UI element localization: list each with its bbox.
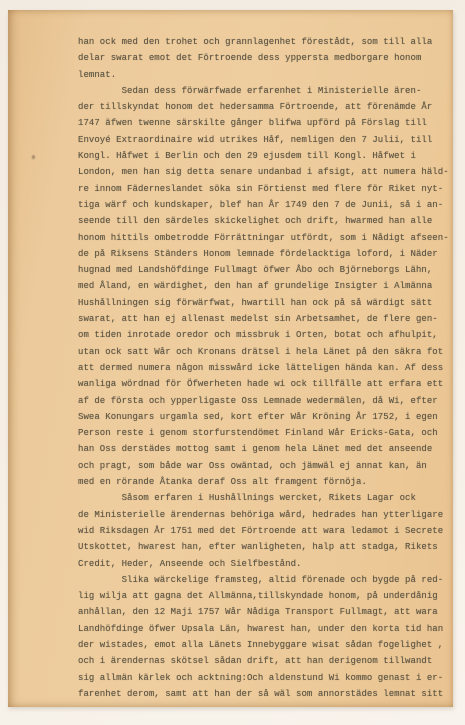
text-line: och pragt, som både war Oss owäntad, och… [78, 458, 446, 474]
text-line: farenhet derom, samt att han der så wäl … [78, 686, 446, 702]
ink-speck [32, 155, 35, 159]
text-line: Slika wärckelige framsteg, altid förenad… [78, 572, 446, 588]
text-line: swarat, att han ej allenast medelst sin … [78, 311, 446, 327]
text-line: lemnat. [78, 67, 446, 83]
text-line: Hushållningen sig förwärfwat, hwartill h… [78, 295, 446, 311]
text-line: hugnad med Landshöfdinge Fullmagt öfwer … [78, 262, 446, 278]
text-line: London, men han sig detta senare undanba… [78, 164, 446, 180]
text-line: Såsom erfaren i Hushållnings wercket, Ri… [78, 490, 446, 506]
text-line: Kongl. Håfwet i Berlin och den 29 ejusde… [78, 148, 446, 164]
text-line: der tillskyndat honom det hedersamma För… [78, 99, 446, 115]
text-line: de på Riksens Ständers Honom lemnade för… [78, 246, 446, 262]
text-line: honom hittils ombetrodde Förrättningar u… [78, 230, 446, 246]
text-line: delar swarat emot det Förtroende dess yp… [78, 50, 446, 66]
text-line: han Oss derstädes mottog samt i genom he… [78, 441, 446, 457]
text-line: Sedan dess förwärfwade erfarenhet i Mini… [78, 83, 446, 99]
text-line: wid Riksdagen År 1751 med det Förtroende… [78, 523, 446, 539]
paragraph-2: Sedan dess förwärfwade erfarenhet i Mini… [78, 83, 446, 490]
paragraph-4: Slika wärckelige framsteg, altid förenad… [78, 572, 446, 702]
text-line: med Åland, en wärdighet, den han af grun… [78, 278, 446, 294]
text-line: Envoyé Extraordinaire wid utrikes Håf, n… [78, 132, 446, 148]
text-line: utan ock satt Wår och Kronans drätsel i … [78, 344, 446, 360]
text-line: Person reste i genom storfurstendömet Fi… [78, 425, 446, 441]
text-line: re innom Fäderneslandet söka sin Förtien… [78, 181, 446, 197]
text-line: Swea Konungars urgamla sed, kort efter W… [78, 409, 446, 425]
paragraph-3: Såsom erfaren i Hushållnings wercket, Ri… [78, 490, 446, 571]
text-line: de Ministerielle ärendernas behöriga wår… [78, 507, 446, 523]
text-line: wanliga wördnad för Öfwerheten hade wi o… [78, 376, 446, 392]
text-line: anhållan, den 12 Maji 1757 Wår Nådiga Tr… [78, 604, 446, 620]
text-line: lig wilja att gagna det Allmänna,tillsky… [78, 588, 446, 604]
text-line: Landhöfdinge öfwer Upsala Län, hwarest h… [78, 621, 446, 637]
text-line: att dermed numera någon misswård icke lä… [78, 360, 446, 376]
text-line: af de första och ypperligaste Oss Lemnad… [78, 393, 446, 409]
text-line: seende till den särdeles skickelighet oc… [78, 213, 446, 229]
text-line: han ock med den trohet och grannlagenhet… [78, 34, 446, 50]
typewritten-text: han ock med den trohet och grannlagenhet… [78, 34, 446, 702]
document-page: han ock med den trohet och grannlagenhet… [8, 10, 453, 707]
text-line: Credit, Heder, Anseende och Sielfbestånd… [78, 556, 446, 572]
text-line: Utskottet, hwarest han, efter wanlighete… [78, 539, 446, 555]
text-line: om tiden inrotade oredor och missbruk i … [78, 327, 446, 343]
text-line: tiga wärf och kundskaper, blef han År 17… [78, 197, 446, 213]
paragraph-1: han ock med den trohet och grannlagenhet… [78, 34, 446, 83]
text-line: och i ärendernas skötsel sådan drift, at… [78, 653, 446, 669]
text-line: sig allmän kärlek och acktning:Och alden… [78, 670, 446, 686]
text-line: der wistades, emot alla Länets Innebygga… [78, 637, 446, 653]
text-line: med en rörande Åtanka deraf Oss alt fram… [78, 474, 446, 490]
text-line: 1747 äfwen twenne särskilte gånger blifw… [78, 115, 446, 131]
